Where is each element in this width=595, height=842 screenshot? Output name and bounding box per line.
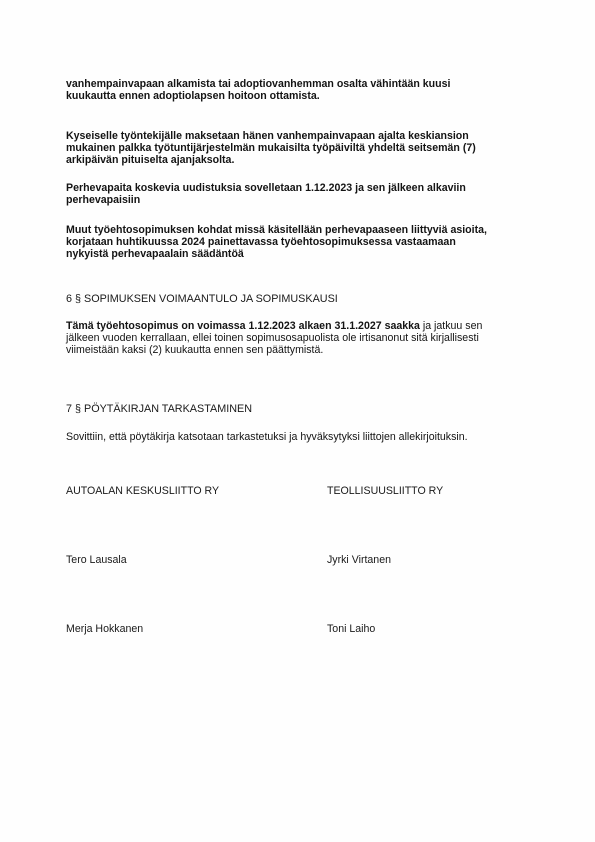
- text-line: jälkeen vuoden kerrallaan, ellei toinen …: [66, 332, 546, 344]
- text-line: nykyistä perhevapaalain säädäntöä: [66, 248, 546, 260]
- text-line: viimeistään kaksi (2) kuukautta ennen se…: [66, 344, 546, 356]
- text-line: Perhevapaita koskevia uudistuksia sovell…: [66, 182, 546, 194]
- section-7-text: Sovittiin, että pöytäkirja katsotaan tar…: [66, 431, 566, 443]
- text-line: Muut työehtosopimuksen kohdat missä käsi…: [66, 224, 546, 236]
- section-6-text: Tämä työehtosopimus on voimassa 1.12.202…: [66, 320, 546, 356]
- text-line: mukainen palkka työtuntijärjestelmän muk…: [66, 142, 546, 154]
- document-page: vanhempainvapaan alkamista tai adoptiova…: [0, 0, 595, 842]
- paragraph-reform: Perhevapaita koskevia uudistuksia sovell…: [66, 182, 546, 206]
- text-line: kuukautta ennen adoptiolapsen hoitoon ot…: [66, 90, 546, 102]
- text-fragment: ja jatkuu sen: [420, 320, 482, 332]
- signatory-name: Tero Lausala: [66, 554, 127, 566]
- paragraph-adoption: vanhempainvapaan alkamista tai adoptiova…: [66, 78, 546, 102]
- org-left: AUTOALAN KESKUSLIITTO RY: [66, 485, 219, 497]
- text-line: korjataan huhtikuussa 2024 painettavassa…: [66, 236, 546, 248]
- signatory-name: Jyrki Virtanen: [327, 554, 391, 566]
- text-line: vanhempainvapaan alkamista tai adoptiova…: [66, 78, 546, 90]
- validity-period: Tämä työehtosopimus on voimassa 1.12.202…: [66, 320, 420, 332]
- text-line: Kyseiselle työntekijälle maksetaan hänen…: [66, 130, 546, 142]
- section-7-heading: 7 § PÖYTÄKIRJAN TARKASTAMINEN: [66, 403, 252, 415]
- text-line: perhevapaisiin: [66, 194, 546, 206]
- paragraph-salary: Kyseiselle työntekijälle maksetaan hänen…: [66, 130, 546, 166]
- signatory-name: Toni Laiho: [327, 623, 375, 635]
- paragraph-corrections: Muut työehtosopimuksen kohdat missä käsi…: [66, 224, 546, 260]
- signatory-name: Merja Hokkanen: [66, 623, 143, 635]
- text-line: arkipäivän pituiselta ajanjaksolta.: [66, 154, 546, 166]
- section-6-heading: 6 § SOPIMUKSEN VOIMAANTULO JA SOPIMUSKAU…: [66, 293, 338, 305]
- org-right: TEOLLISUUSLIITTO RY: [327, 485, 443, 497]
